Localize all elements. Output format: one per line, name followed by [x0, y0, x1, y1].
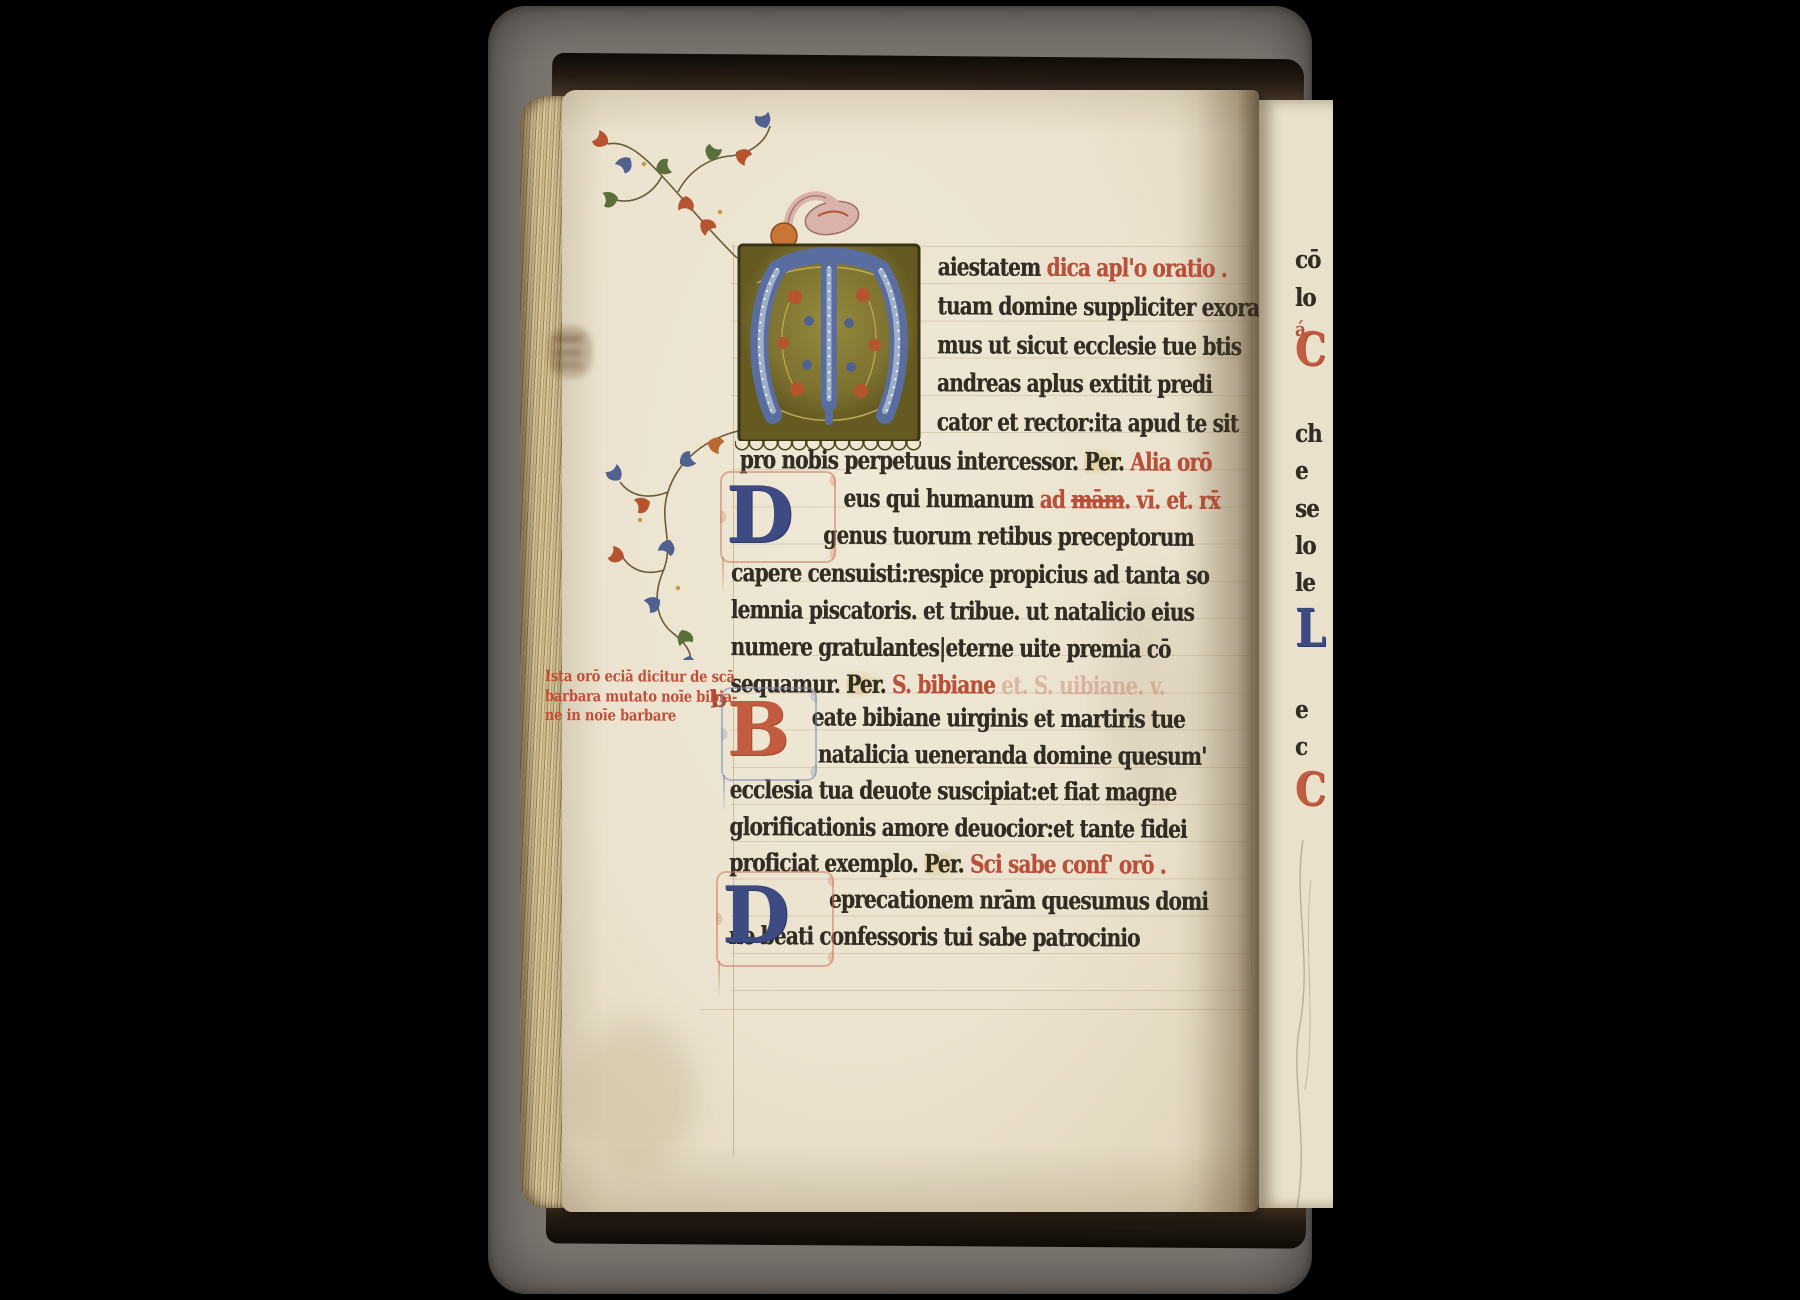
penwork-tail	[723, 775, 725, 813]
recto-text-fragment: e	[1295, 456, 1308, 485]
initial-letter: D	[726, 477, 830, 555]
rubric-text: Sci sabe conf' orō .	[970, 850, 1166, 880]
penwork-tail	[722, 557, 724, 595]
initial-letter: D	[722, 877, 828, 955]
recto-text-fragment: C	[1295, 762, 1325, 816]
body-text: Per.	[1084, 447, 1124, 476]
initial-letter: B	[727, 693, 811, 767]
ruling-horizontal-bottom	[700, 1009, 1250, 1010]
recto-page-sliver: cōloáCcheseloleLecC	[1259, 100, 1333, 1208]
recto-text-fragment: e	[1295, 695, 1308, 724]
body-text: natalicia ueneranda domine quesum'	[818, 739, 1207, 770]
rubric-text: et. S. uibiane. v.	[1001, 671, 1165, 701]
penwork-initial-d-deprecationem: D	[722, 877, 828, 961]
gutter-shadow	[1196, 90, 1259, 1212]
penwork-tail	[718, 961, 720, 999]
text-line: andreas aplus extitit predi	[732, 363, 1251, 405]
text-line: cator et rector:ita apud te sit	[732, 402, 1251, 444]
recto-text-fragment: lo	[1295, 531, 1316, 560]
body-text: eate bibiane uirginis et martiris tue	[812, 702, 1185, 733]
text-line: glorificationis amore deuocior:et tante …	[729, 809, 1248, 849]
recto-text-fragment: ch	[1295, 419, 1322, 448]
recto-text-fragment: lo	[1295, 283, 1316, 312]
margin-note-line: Ista orō eciā dicitur de scā	[545, 666, 724, 686]
penwork-initial-d-deus: D	[726, 477, 830, 557]
rubric-text: mām	[1071, 485, 1124, 514]
margin-note-line: ne in noīe barbare	[545, 705, 724, 725]
body-text: glorificationis amore deuocior:et tante …	[729, 812, 1187, 844]
penwork-initial-b-beate: B	[727, 693, 811, 775]
recto-text-fragment: le	[1295, 568, 1315, 597]
recto-text-fragment: cō	[1295, 245, 1320, 274]
recto-text-fragment: c	[1295, 732, 1307, 761]
recto-text-fragment: se	[1295, 494, 1319, 523]
body-text: genus tuorum retibus preceptorum	[823, 521, 1194, 552]
body-text: Per.	[924, 850, 964, 879]
body-text: andreas aplus extitit predi	[937, 369, 1212, 400]
body-text: Per.	[846, 670, 886, 699]
text-line: tuam domine suppliciter exora	[733, 286, 1252, 328]
body-text: eus qui humanum	[843, 484, 1039, 514]
recto-penwork-flourish	[1289, 840, 1319, 1208]
recto-text-fragment: L	[1295, 598, 1325, 659]
body-text: numere gratulantes|eterne uite premia cō	[730, 632, 1170, 664]
margin-note-line: barbara mutato noīe bibia-	[545, 685, 724, 705]
body-text: aiestatem	[938, 252, 1047, 282]
rubric-text: ad	[1040, 485, 1072, 514]
text-line: aiestatem dica apl'o oratio .	[733, 247, 1252, 289]
body-text: eprecationem nrām quesumus domi	[829, 885, 1208, 916]
swan-figure	[771, 196, 862, 249]
recto-text-fragment: C	[1295, 322, 1325, 376]
body-text: cator et rector:ita apud te sit	[937, 407, 1239, 438]
text-line: lemnia piscatoris. et tribue. ut natalic…	[731, 591, 1250, 631]
body-text: lemnia piscatoris. et tribue. ut natalic…	[731, 595, 1194, 627]
text-line: mus ut sicut ecclesie tue btis	[732, 325, 1251, 367]
manuscript-photo: M	[0, 0, 1800, 1300]
rubric-text: S. bibiane	[892, 670, 1001, 700]
margin-note: Ista orō eciā dicitur de scābarbara muta…	[545, 666, 724, 725]
text-line: numere gratulantes|eterne uite premia cō	[730, 628, 1249, 668]
